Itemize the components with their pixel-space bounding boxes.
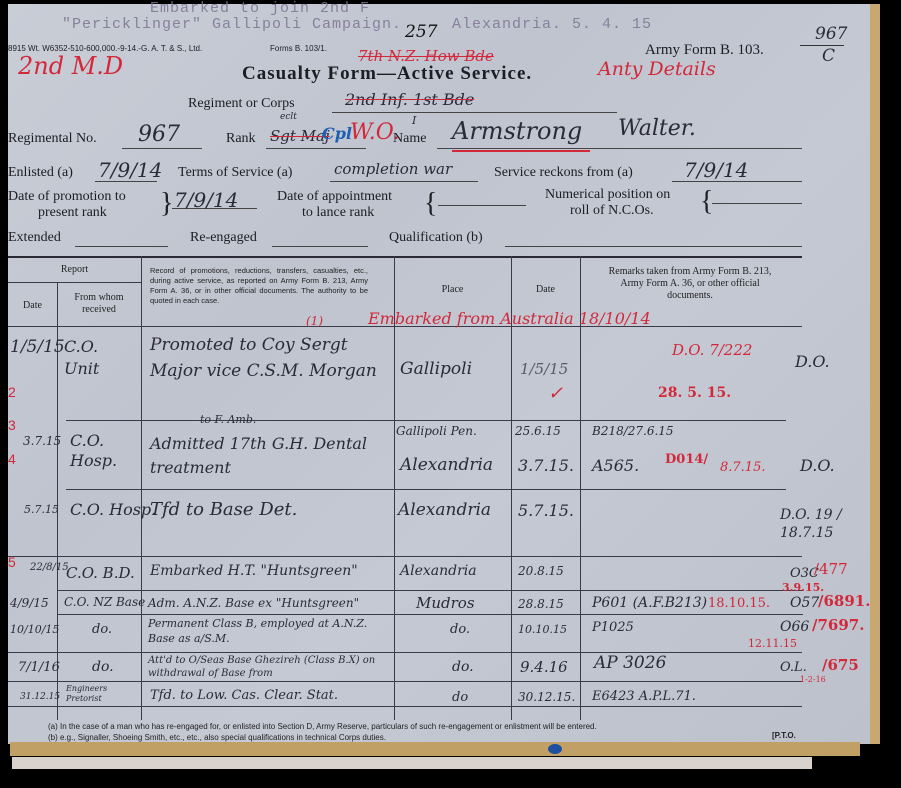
terms-underline — [330, 181, 478, 182]
row1-place: Gallipoli — [400, 362, 472, 377]
row8-date2: 9.4.16 — [520, 660, 568, 675]
row6-remarks-red: 18.10.15. — [708, 596, 770, 611]
row7-place: do. — [450, 622, 470, 637]
row7-record: Permanent Class B, employed at A.N.Z. Ba… — [148, 616, 394, 646]
row3-date: 3.7.15 — [23, 434, 61, 449]
row6-remarks-red-2: /6891. — [818, 594, 870, 609]
promotion-brace: } — [160, 188, 173, 220]
lance-label-1: Date of appointment — [277, 189, 392, 205]
row5-date2: 20.8.15 — [518, 564, 564, 579]
row7-remarks-red: 12.11.15 — [748, 636, 797, 651]
row9-remarks: E6423 A.P.L.71. — [592, 689, 696, 704]
enlisted-value[interactable]: 7/9/14 — [98, 158, 162, 182]
terms-value[interactable]: completion war — [334, 160, 452, 178]
please-turn-over: [P.T.O. — [772, 731, 796, 740]
row3-record: Admitted 17th G.H. Dental treatment — [150, 432, 390, 480]
promotion-label-1: Date of promotion to — [8, 189, 126, 205]
row-number: 5 — [8, 555, 16, 570]
row4-remarks-black: D.O. 19 / 18.7.15 — [780, 506, 860, 542]
row8-date: 7/1/16 — [18, 660, 60, 675]
row3-remarks-black: D.O. — [800, 458, 835, 473]
row-number: 3 — [8, 418, 16, 433]
extended-label: Extended — [8, 230, 61, 246]
row9-date2: 30.12.15. — [518, 690, 575, 705]
row7-remarks-black: O66 — [780, 620, 809, 635]
row4-record: Tfd to Base Det. — [150, 502, 297, 517]
regimental-no-value[interactable]: 967 — [138, 122, 180, 147]
row3-place: Alexandria — [400, 458, 493, 473]
row6-date2: 28.8.15 — [518, 597, 564, 612]
row5-from: C.O. B.D. — [66, 566, 135, 581]
header-report: Report — [8, 264, 141, 276]
row3-remarks-red: D014/ — [665, 452, 708, 467]
row2-remarks: B218/27.6.15 — [592, 424, 674, 439]
rank-value-blue[interactable]: Cpl — [322, 124, 352, 143]
regiment-label: Regiment or Corps — [188, 96, 295, 112]
regiment-value[interactable]: 2nd Inf. 1st Bde — [345, 90, 474, 109]
row8-remarks: AP 3026 — [594, 656, 666, 671]
col-divider-from — [141, 256, 142, 720]
nco-label-2: roll of N.C.Os. — [570, 203, 654, 219]
row6-remarks-black: O57 — [790, 596, 819, 611]
row-number: 4 — [8, 452, 16, 467]
file-number-bottom: C — [822, 46, 835, 66]
nco-underline — [712, 203, 802, 204]
row-line — [58, 590, 803, 591]
header-remarks: Remarks taken from Army Form B. 213, Arm… — [600, 266, 780, 302]
check-mark: ✓ — [548, 386, 563, 401]
row-line — [8, 706, 802, 707]
regimental-no-underline — [122, 148, 202, 149]
name-underline — [437, 148, 802, 149]
enlisted-label: Enlisted (a) — [8, 165, 73, 181]
rank-value-black[interactable]: Sgt Maj — [270, 127, 330, 145]
row3-remarks: A565. — [592, 458, 639, 473]
reengaged-underline — [272, 246, 368, 247]
embark-note: Embarked from Australia 18/10/14 — [368, 309, 651, 328]
row8-place: do. — [452, 660, 474, 675]
row3-date2: 3.7.15. — [518, 458, 574, 473]
row9-place: do — [452, 690, 468, 705]
row8-remarks-red-2: /675 — [822, 658, 859, 673]
row-line — [58, 614, 803, 615]
row5-remarks-red: /477 — [814, 562, 848, 577]
army-form-number: Army Form B. 103. — [645, 42, 764, 59]
footnote-a: (a) In the case of a man who has re-enga… — [48, 722, 597, 731]
row1-record-note: to F. Amb. — [200, 412, 256, 427]
row4-date2: 5.7.15. — [518, 503, 574, 518]
reckons-value[interactable]: 7/9/14 — [684, 158, 748, 182]
row6-place: Mudros — [416, 596, 475, 611]
stamp-line-2: "Pericklinger" Gallipoli Campaign. — [62, 16, 402, 33]
row8-record: Att'd to O/Seas Base Ghezireh (Class B.X… — [148, 654, 394, 680]
row9-from: Engineers Pretorist — [66, 684, 138, 704]
row1-remarks-red-date: 28. 5. 15. — [658, 386, 731, 401]
row7-remarks: P1025 — [592, 620, 634, 635]
row9-record: Tfd. to Low. Cas. Clear. Stat. — [150, 688, 338, 703]
header-date-2: Date — [511, 284, 580, 296]
rank-underline — [266, 148, 366, 149]
row-line — [8, 556, 802, 557]
row-line — [8, 652, 802, 653]
row1-remarks-red: D.O. 7/222 — [672, 343, 752, 358]
terms-label: Terms of Service (a) — [178, 165, 292, 181]
rank-label: Rank — [226, 131, 256, 147]
name-label: Name — [393, 131, 426, 147]
row4-from: C.O. Hosp. — [70, 502, 156, 517]
paper-edge — [10, 742, 860, 756]
row7-from: do. — [92, 622, 112, 637]
row6-date: 4/9/15 — [10, 596, 49, 611]
row9-date: 31.12.15 — [20, 690, 60, 705]
qualification-underline — [505, 246, 802, 247]
report-header-divider — [8, 282, 141, 283]
row6-remarks: P601 (A.F.B213) — [592, 596, 707, 611]
row1-date2: 1/5/15 — [520, 362, 568, 377]
row-line — [66, 489, 786, 490]
row5-record: Embarked H.T. "Huntsgreen" — [150, 564, 358, 579]
surname-value[interactable]: Armstrong — [452, 117, 582, 145]
header-from-whom: From whom received — [62, 292, 136, 316]
row7-remarks-red-2: /7697. — [812, 618, 864, 633]
paper-edge-under — [12, 757, 812, 769]
row5-place: Alexandria — [400, 564, 477, 579]
row5-date: 22/8/15 — [30, 560, 69, 575]
name-red-underline — [452, 150, 590, 152]
header-record: Record of promotions, reductions, transf… — [150, 266, 368, 306]
header-place: Place — [394, 284, 511, 296]
regimental-no-label: Regimental No. — [8, 131, 97, 147]
row1-record: Promoted to Coy Sergt Major vice C.S.M. … — [150, 332, 390, 384]
reengaged-label: Re-engaged — [190, 230, 257, 246]
row6-from: C.O. NZ Base — [64, 595, 145, 610]
stamp-hand-number: 257 — [405, 22, 437, 42]
stamp-place-date: Alexandria. 5. 4. 15 — [452, 16, 652, 33]
header-date: Date — [8, 300, 57, 312]
row3-remarks-red-date: 8.7.15. — [720, 460, 765, 475]
row4-place: Alexandria — [398, 503, 491, 518]
row2-date2: 25.6.15 — [515, 424, 561, 439]
rank-class: I — [412, 114, 416, 127]
forms-reference: Forms B. 103/1. — [270, 44, 327, 53]
form-title: Casualty Form—Active Service. — [242, 63, 532, 85]
given-name-value[interactable]: Walter. — [618, 116, 696, 141]
footnote-b: (b) e.g., Signaller, Shoeing Smith, etc.… — [48, 733, 386, 742]
reckons-label: Service reckons from (a) — [494, 165, 633, 181]
table-top-border — [8, 256, 802, 258]
promotion-label-2: present rank — [38, 205, 107, 221]
extended-underline — [75, 246, 168, 247]
row1-date: 1/5/15 — [10, 340, 65, 355]
row1-from: C.O. Unit — [64, 336, 134, 380]
lance-brace: { — [424, 188, 437, 220]
unit-annotation: 2nd M.D — [18, 52, 123, 80]
regiment-underline — [332, 112, 617, 113]
nco-brace: { — [700, 186, 713, 218]
file-number-top: 967 — [815, 24, 847, 44]
lance-underline — [438, 205, 526, 206]
qualification-label: Qualification (b) — [389, 230, 483, 246]
row8-from: do. — [92, 660, 114, 675]
promotion-value[interactable]: 7/9/14 — [174, 188, 238, 212]
row1-remarks-black: D.O. — [795, 354, 830, 369]
row-line — [8, 681, 802, 682]
row-number: 2 — [8, 385, 16, 400]
rank-tiny-note: eclt — [280, 112, 297, 122]
ink-blot — [548, 744, 562, 754]
nco-label-1: Numerical position on — [545, 187, 670, 203]
row8-remarks-red: 1-2-16 — [800, 672, 826, 687]
row2-place: Gallipoli Pen. — [396, 424, 477, 439]
details-annotation: Anty Details — [598, 58, 716, 80]
row4-date: 5.7.15 — [24, 502, 59, 517]
row3-from: C.O. Hosp. — [70, 431, 136, 471]
embark-note-number: (1) — [306, 314, 323, 328]
row7-date: 10/10/15 — [10, 622, 59, 637]
row-line — [66, 420, 786, 421]
row6-record: Adm. A.N.Z. Base ex "Huntsgreen" — [148, 596, 359, 611]
row7-date2: 10.10.15 — [518, 622, 567, 637]
stamp-line-1: Embarked to join 2nd F — [150, 0, 370, 17]
lance-label-2: to lance rank — [302, 205, 374, 221]
